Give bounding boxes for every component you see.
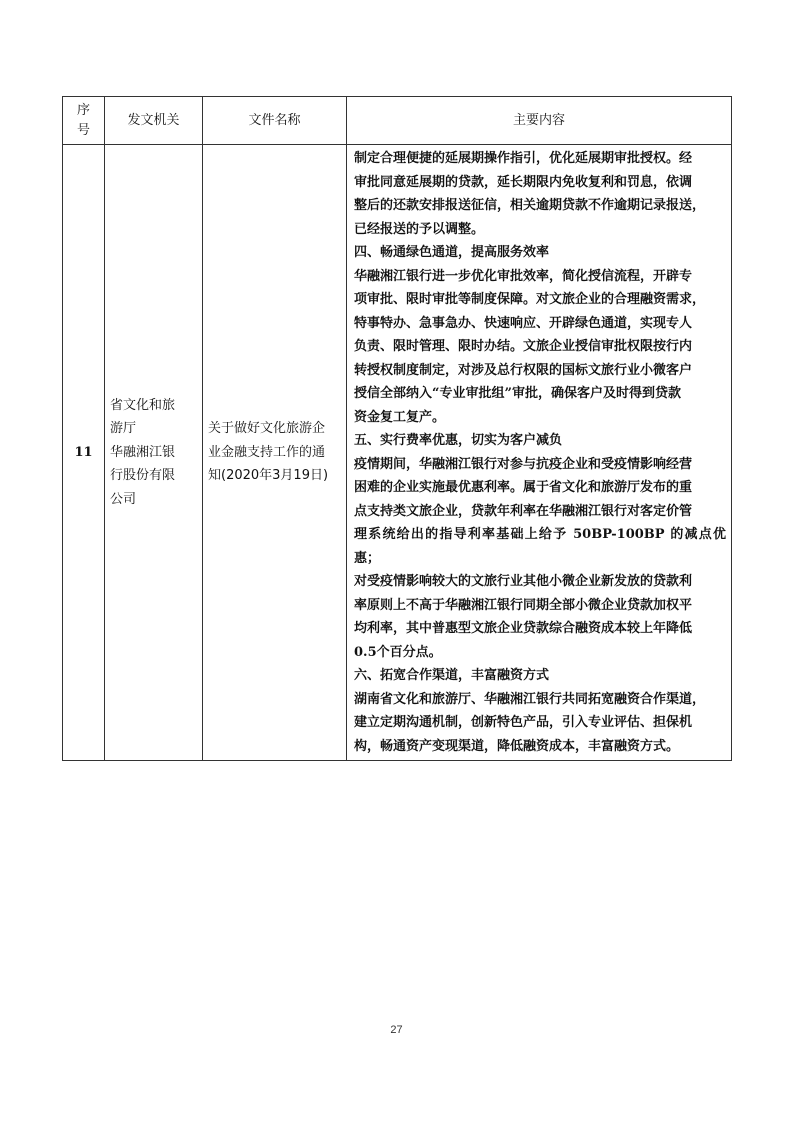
header-seq-line: 号	[63, 121, 104, 141]
content-line: 项审批、限时审批等制度保障。对文旅企业的合理融资需求，	[354, 288, 726, 312]
content-line: 均利率，其中普惠型文旅企业贷款综合融资成本较上年降低	[354, 617, 726, 641]
header-seq: 序 号	[63, 97, 105, 145]
header-title: 文件名称	[203, 97, 347, 145]
content-line: 0.5个百分点。	[354, 641, 726, 665]
content-line: 制定合理便捷的延展期操作指引，优化延展期审批授权。经	[354, 147, 726, 171]
header-seq-line: 序	[63, 101, 104, 121]
section-heading: 六、拓宽合作渠道，丰富融资方式	[354, 664, 726, 688]
section-heading: 四、畅通绿色通道，提高服务效率	[354, 241, 726, 265]
table-row: 11 省文化和旅 游厅 华融湘江银 行股份有限 公司 关于做好文化旅游企 业金融…	[63, 145, 732, 761]
document-table: 序 号 发文机关 文件名称 主要内容 11 省文化和旅 游厅 华融湘江银 行股份…	[62, 96, 732, 761]
content-line: 授信全部纳入“专业审批组”审批，确保客户及时得到贷款	[354, 382, 726, 406]
header-content: 主要内容	[347, 97, 732, 145]
issuer-line: 公司	[110, 488, 197, 512]
issuer-line: 省文化和旅	[110, 394, 197, 418]
content-line: 审批同意延展期的贷款，延长期限内免收复利和罚息，依调	[354, 171, 726, 195]
row-document-title: 关于做好文化旅游企 业金融支持工作的通 知(2020年3月19日)	[203, 145, 347, 761]
content-line: 整后的还款安排报送征信，相关逾期贷款不作逾期记录报送，	[354, 194, 726, 218]
table-header-row: 序 号 发文机关 文件名称 主要内容	[63, 97, 732, 145]
row-seq: 11	[63, 145, 105, 761]
content-line: 点支持类文旅企业，贷款年利率在华融湘江银行对客定价管	[354, 500, 726, 524]
content-line: 转授权制度制定，对涉及总行权限的国标文旅行业小微客户	[354, 359, 726, 383]
issuer-line: 游厅	[110, 417, 197, 441]
row-main-content: 制定合理便捷的延展期操作指引，优化延展期审批授权。经 审批同意延展期的贷款，延长…	[347, 145, 732, 761]
content-line: 特事特办、急事急办、快速响应、开辟绿色通道，实现专人	[354, 312, 726, 336]
content-line: 对受疫情影响较大的文旅行业其他小微企业新发放的贷款利	[354, 570, 726, 594]
content-line: 率原则上不高于华融湘江银行同期全部小微企业贷款加权平	[354, 594, 726, 618]
issuer-line: 行股份有限	[110, 464, 197, 488]
content-line: 湖南省文化和旅游厅、华融湘江银行共同拓宽融资合作渠道，	[354, 688, 726, 712]
content-line: 疫情期间，华融湘江银行对参与抗疫企业和受疫情影响经营	[354, 453, 726, 477]
title-line: 知(2020年3月19日)	[208, 464, 343, 488]
issuer-line: 华融湘江银	[110, 441, 197, 465]
page-number: 27	[0, 1024, 793, 1036]
content-line: 理系统给出的指导利率基础上给予 50BP-100BP 的减点优惠；	[354, 523, 726, 570]
content-line: 华融湘江银行进一步优化审批效率，简化授信流程，开辟专	[354, 265, 726, 289]
row-issuer: 省文化和旅 游厅 华融湘江银 行股份有限 公司	[105, 145, 203, 761]
section-heading: 五、实行费率优惠，切实为客户减负	[354, 429, 726, 453]
content-line: 构，畅通资产变现渠道，降低融资成本，丰富融资方式。	[354, 735, 726, 759]
content-line: 已经报送的予以调整。	[354, 218, 726, 242]
title-line: 关于做好文化旅游企	[208, 417, 343, 441]
title-line: 业金融支持工作的通	[208, 441, 343, 465]
header-issuer: 发文机关	[105, 97, 203, 145]
content-line: 资金复工复产。	[354, 406, 726, 430]
content-line: 建立定期沟通机制，创新特色产品，引入专业评估、担保机	[354, 711, 726, 735]
content-line: 困难的企业实施最优惠利率。属于省文化和旅游厅发布的重	[354, 476, 726, 500]
content-line: 负责、限时管理、限时办结。文旅企业授信审批权限按行内	[354, 335, 726, 359]
